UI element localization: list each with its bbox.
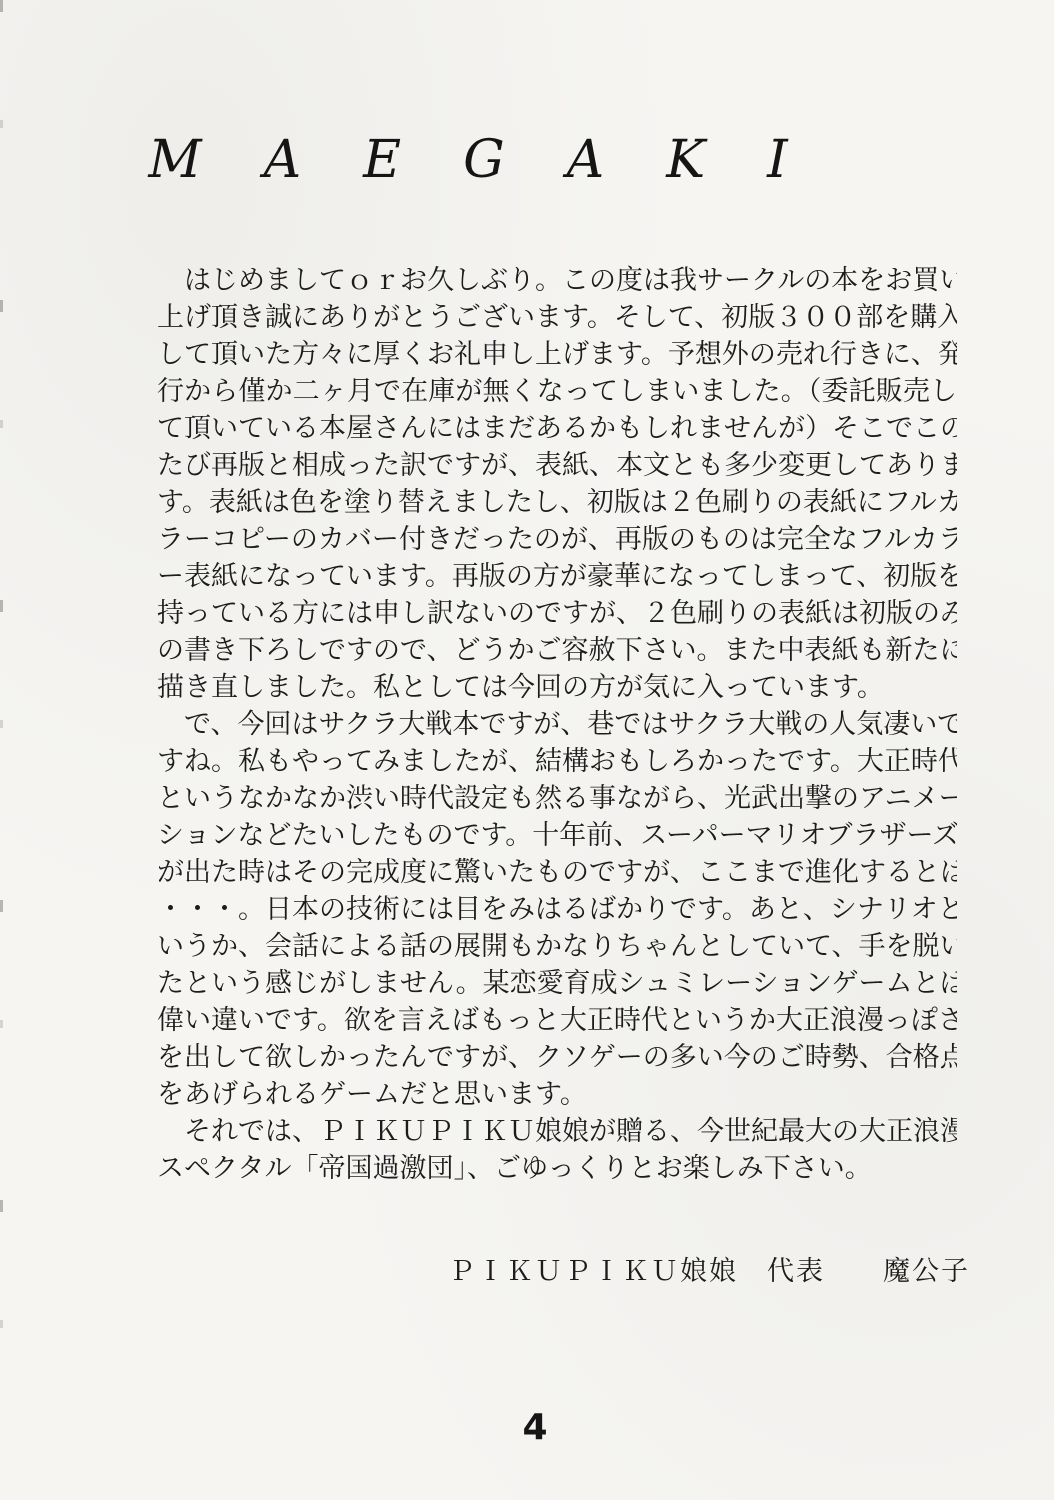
scanned-preface-page: MAEGAKI はじめましてｏｒお久しぶり。この度は我サークルの本をお買い上げ頂… [0, 0, 1054, 1500]
text-line: ー表紙になっています。再版の方が豪華になってしまって、初版を [157, 558, 957, 595]
text-line: はじめましてｏｒお久しぶり。この度は我サークルの本をお買い [157, 262, 957, 299]
text-line: ションなどたいしたものです。十年前、スーパーマリオブラザーズ [157, 817, 957, 854]
text-line: たび再版と相成った訳ですが、表紙、本文とも多少変更してありま [157, 447, 957, 484]
page-title: MAEGAKI [0, 130, 1026, 190]
text-line: 偉い違いです。欲を言えばもっと大正時代というか大正浪漫っぽさ [157, 1002, 957, 1039]
text-line: 描き直しました。私としては今回の方が気に入っています。 [157, 669, 957, 706]
text-line: それでは、ＰＩＫＵＰＩＫＵ娘娘が贈る、今世紀最大の大正浪漫 [157, 1113, 957, 1150]
text-line: を出して欲しかったんですが、クソゲーの多い今のご時勢、合格点 [157, 1039, 957, 1076]
scan-edge-artifact [0, 0, 3, 1500]
text-line: すね。私もやってみましたが、結構おもしろかったです。大正時代 [157, 743, 957, 780]
text-line: して頂いた方々に厚くお礼申し上げます。予想外の売れ行きに、発 [157, 336, 957, 373]
text-line: 上げ頂き誠にありがとうございます。そして、初版３００部を購入 [157, 299, 957, 336]
text-line: スペクタル「帝国過激団」、ごゆっくりとお楽しみ下さい。 [157, 1150, 957, 1187]
page-number: 4 [8, 1407, 1054, 1448]
text-line: 行から僅か二ヶ月で在庫が無くなってしまいました。（委託販売し [157, 373, 957, 410]
text-line: いうか、会話による話の展開もかなりちゃんとしていて、手を脱い [157, 928, 957, 965]
text-line: たという感じがしません。某恋愛育成シュミレーションゲームとは [157, 965, 957, 1002]
text-line: す。表紙は色を塗り替えましたし、初版は２色刷りの表紙にフルカ [157, 484, 957, 521]
text-line: の書き下ろしですので、どうかご容赦下さい。また中表紙も新たに [157, 632, 957, 669]
text-line: 持っている方には申し訳ないのですが、２色刷りの表紙は初版のみ [157, 595, 957, 632]
preface-body: はじめましてｏｒお久しぶり。この度は我サークルの本をお買い上げ頂き誠にありがとう… [157, 262, 957, 1187]
text-line: ・・・。日本の技術には目をみはるばかりです。あと、シナリオと [157, 891, 957, 928]
text-line: ラーコピーのカバー付きだったのが、再版のものは完全なフルカラ [157, 521, 957, 558]
text-line: て頂いている本屋さんにはまだあるかもしれませんが）そこでこの [157, 410, 957, 447]
text-line: で、今回はサクラ大戦本ですが、巷ではサクラ大戦の人気凄いで [157, 706, 957, 743]
text-line: をあげられるゲームだと思います。 [157, 1076, 957, 1113]
attribution-line: ＰＩＫＵＰＩＫＵ娘娘 代表 魔公子 [448, 1249, 970, 1288]
text-line: が出た時はその完成度に驚いたものですが、ここまで進化するとは [157, 854, 957, 891]
text-line: というなかなか渋い時代設定も然る事ながら、光武出撃のアニメー [157, 780, 957, 817]
